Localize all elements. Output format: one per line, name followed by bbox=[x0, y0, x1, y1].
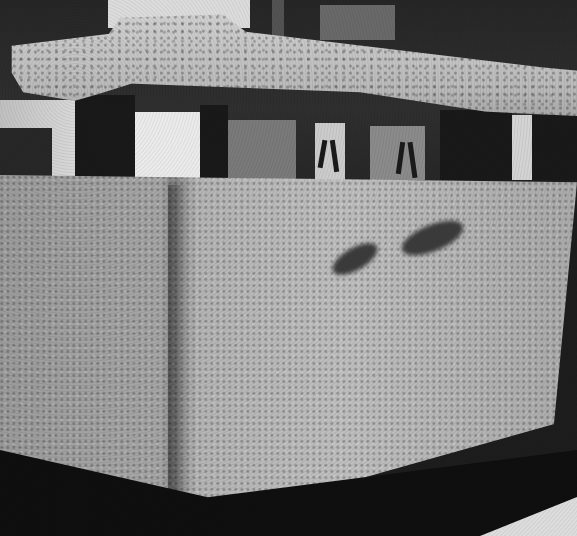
light-opening bbox=[133, 112, 201, 178]
lid-support bbox=[200, 105, 228, 180]
support-shadow bbox=[0, 128, 52, 176]
wall-post bbox=[272, 0, 284, 40]
light-opening bbox=[512, 115, 532, 180]
lid-support bbox=[532, 115, 577, 180]
background-panel bbox=[228, 120, 296, 180]
wall-panel bbox=[320, 5, 395, 40]
lid-support bbox=[75, 95, 135, 180]
photograph: Grayscale photograph of a large granite … bbox=[0, 0, 577, 536]
lid-support bbox=[440, 110, 512, 180]
sarcophagus-corner-edge bbox=[168, 185, 186, 505]
